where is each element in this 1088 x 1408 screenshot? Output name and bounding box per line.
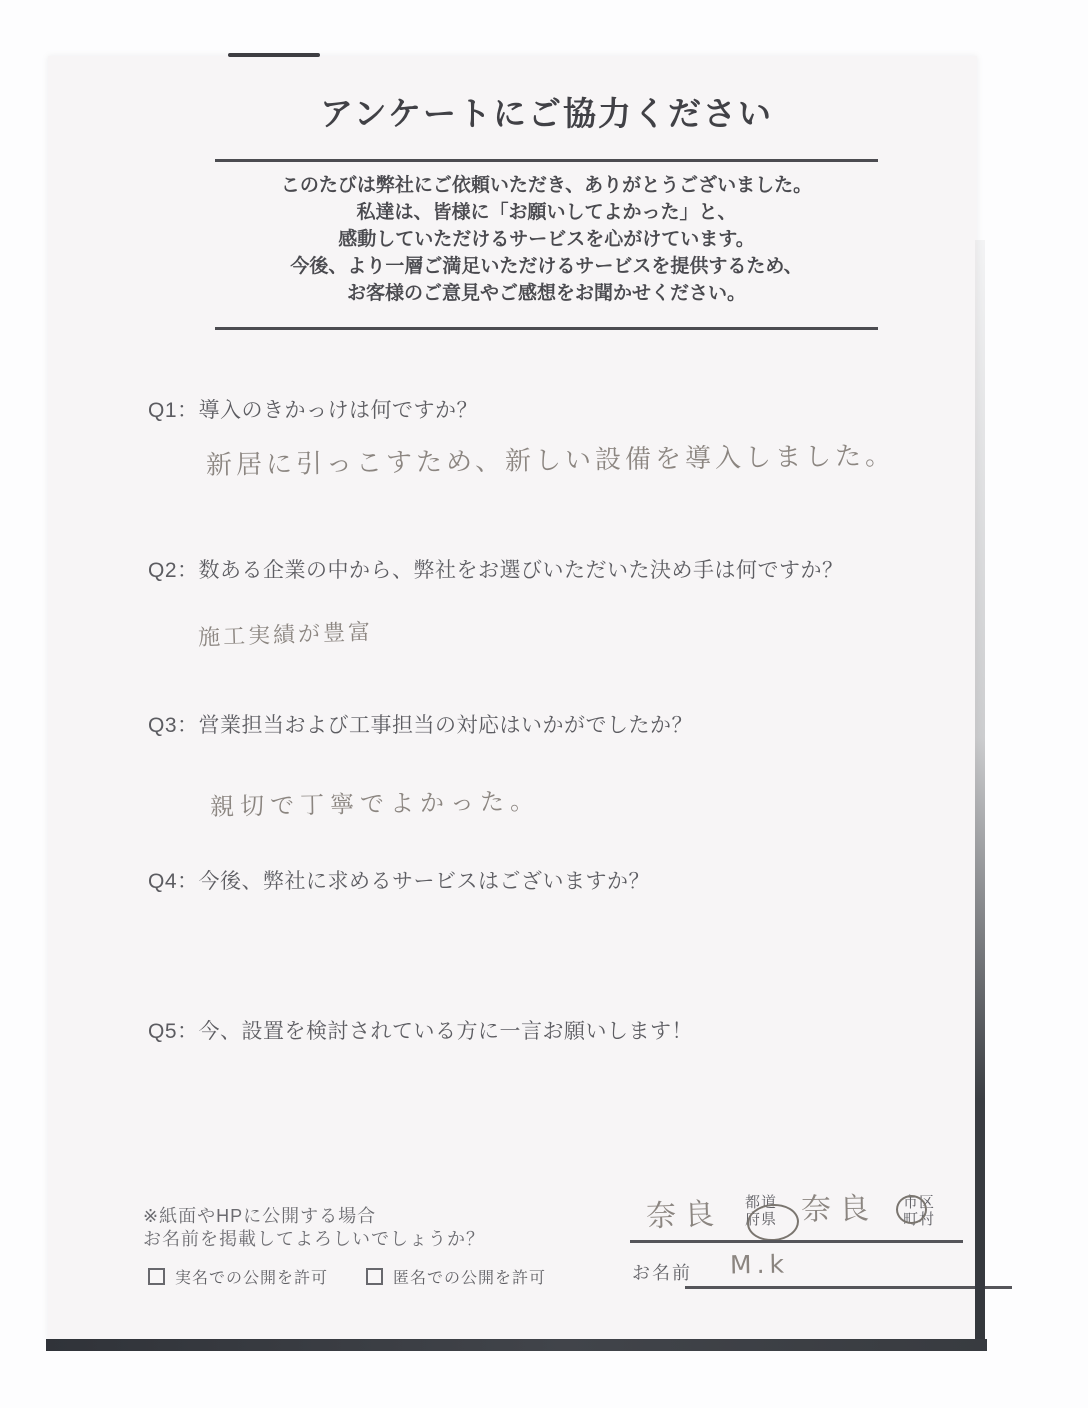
page-title: アンケートにご協力ください xyxy=(215,88,878,135)
address-underline xyxy=(630,1240,963,1243)
survey-paper: アンケートにご協力ください このたびは弊社にご依頼いただき、ありがとうございまし… xyxy=(48,56,977,1341)
intro-line: このたびは弊社にご依頼いただき、ありがとうございました。 xyxy=(215,172,878,199)
question-3-label: Q3：営業担当および工事担当の対応はいかがでしたか？ xyxy=(148,709,693,739)
anonymous-consent-label: 匿名での公開を許可 xyxy=(393,1265,546,1288)
name-field-label: お名前 xyxy=(632,1259,692,1285)
divider-top xyxy=(215,159,878,162)
real-name-consent-label: 実名での公開を許可 xyxy=(175,1265,328,1288)
prefecture-handwritten-value: 奈良 xyxy=(645,1189,722,1236)
name-handwritten-value: M.k xyxy=(730,1249,789,1279)
paper-shadow-right xyxy=(975,240,985,1345)
divider-bottom xyxy=(215,327,878,330)
anonymous-consent-checkbox[interactable] xyxy=(366,1268,383,1285)
question-4-label: Q4：今後、弊社に求めるサービスはございますか？ xyxy=(148,865,650,895)
intro-line: 感動していただけるサービスを心がけています。 xyxy=(215,226,878,253)
question-2-label: Q2：数ある企業の中から、弊社をお選びいただいた決め手は何ですか？ xyxy=(148,554,844,584)
question-3-handwritten-answer: 親切で丁寧でよかった。 xyxy=(210,781,541,822)
question-1-label: Q1：導入のきかっけは何ですか？ xyxy=(148,394,478,424)
photographed-survey-form: アンケートにご協力ください このたびは弊社にご依頼いただき、ありがとうございまし… xyxy=(0,0,1088,1408)
intro-line: 私達は、皆様に「お願いしてよかった」と、 xyxy=(215,199,878,226)
city-handwritten-value: 奈良 xyxy=(801,1183,878,1228)
question-1-handwritten-answer: 新居に引っこすため、新しい設備を導入しました。 xyxy=(206,435,895,482)
city-circle-mark xyxy=(896,1195,927,1224)
publish-note-line2: お名前を掲載してよろしいでしょうか？ xyxy=(143,1225,485,1251)
name-underline xyxy=(685,1286,1012,1289)
question-5-label: Q5：今、設置を検討されている方に一言お願いします！ xyxy=(148,1015,693,1045)
intro-paragraph: このたびは弊社にご依頼いただき、ありがとうございました。 私達は、皆様に「お願い… xyxy=(215,172,878,307)
consent-checkbox-row: 実名での公開を許可 匿名での公開を許可 xyxy=(148,1265,584,1288)
paper-shadow-bottom xyxy=(46,1339,987,1351)
intro-line: お客様のご意見やご感想をお聞かせください。 xyxy=(215,280,878,307)
question-2-handwritten-answer: 施工実績が豊富 xyxy=(198,615,374,652)
intro-line: 今後、より一層ご満足いただけるサービスを提供するため、 xyxy=(215,253,878,280)
paper-edge-mark-top xyxy=(228,53,320,57)
real-name-consent-checkbox[interactable] xyxy=(148,1268,165,1285)
